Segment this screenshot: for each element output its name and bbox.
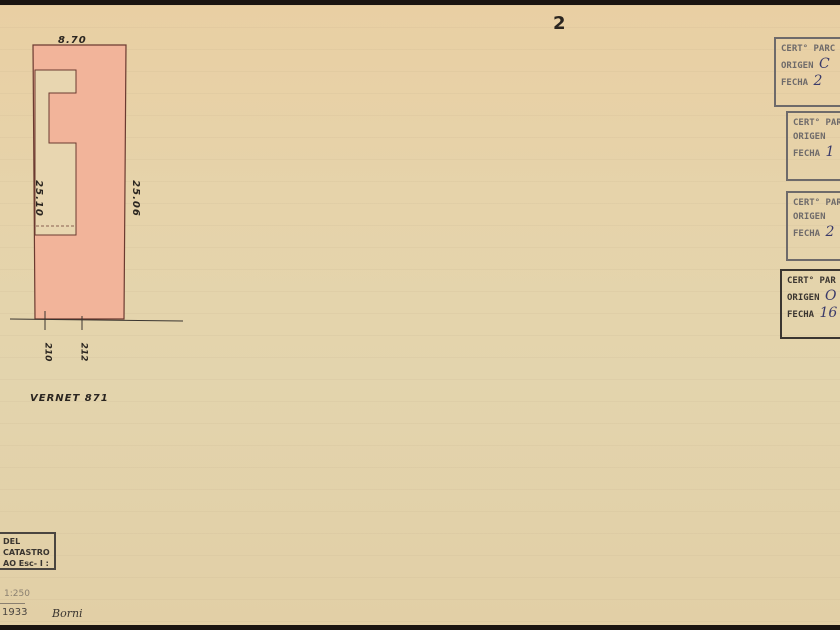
- stamp-fecha-value: 16: [820, 305, 838, 321]
- left-depth-dimension: 25.10: [33, 180, 44, 217]
- scale-underline: [0, 603, 25, 604]
- stamp-fecha-label: FECHA: [793, 149, 820, 159]
- door-number-210: 210: [42, 343, 52, 362]
- stamp-fecha-label: FECHA: [793, 229, 820, 239]
- stamp-origen-label: ORIGEN: [793, 132, 826, 142]
- stamp-fecha-label: FECHA: [787, 310, 814, 320]
- stamp-cert-label: CERT° PARC: [793, 116, 840, 130]
- stamp-origen-label: ORIGEN: [787, 293, 820, 303]
- right-depth-dimension: 25.06: [130, 180, 141, 217]
- door-number-212: 212: [78, 343, 88, 362]
- stamp-fecha-value: 2: [814, 73, 823, 89]
- cert-stamp-1: CERT° PARC ORIGEN C FECHA 2: [774, 37, 840, 107]
- catastro-stamp: DEL CATASTRO AO Esc- I : 250 Benitez: [0, 532, 56, 570]
- stamp-cert-label: CERT° PARC: [781, 42, 840, 56]
- street-label: VERNET 871: [30, 393, 109, 404]
- front-width-dimension: 8.70: [58, 35, 87, 46]
- cert-stamp-4: CERT° PAR ORIGEN O FECHA 16: [780, 269, 840, 339]
- stamp-fecha-label: FECHA: [781, 78, 808, 88]
- signature: Borni: [52, 607, 83, 620]
- cert-stamp-2: CERT° PARC ORIGEN FECHA 1: [786, 111, 840, 181]
- year-note: 1933: [2, 607, 27, 618]
- stamp-origen-label: ORIGEN: [781, 61, 814, 71]
- catastro-scale: AO Esc- I : 250: [3, 558, 51, 570]
- stamp-fecha-value: 2: [826, 224, 835, 240]
- stamp-origen-label: ORIGEN: [793, 212, 826, 222]
- stamp-origen-value: O: [825, 288, 836, 304]
- catastro-title: DEL CATASTRO: [3, 536, 51, 558]
- stamp-fecha-value: 1: [826, 144, 835, 160]
- cadastral-sheet: 2 8.70 25.10 25.06 210 212 VERNET 871 CE…: [0, 5, 840, 625]
- stamp-cert-label: CERT° PAR: [787, 274, 840, 288]
- lot-plan-drawing: [0, 5, 200, 335]
- page-number: 2: [553, 13, 566, 34]
- cert-stamp-3: CERT° PAR ORIGEN FECHA 2: [786, 191, 840, 261]
- stamp-cert-label: CERT° PAR: [793, 196, 840, 210]
- stamp-origen-value: C: [819, 56, 830, 72]
- scale-note: 1:250: [4, 589, 30, 599]
